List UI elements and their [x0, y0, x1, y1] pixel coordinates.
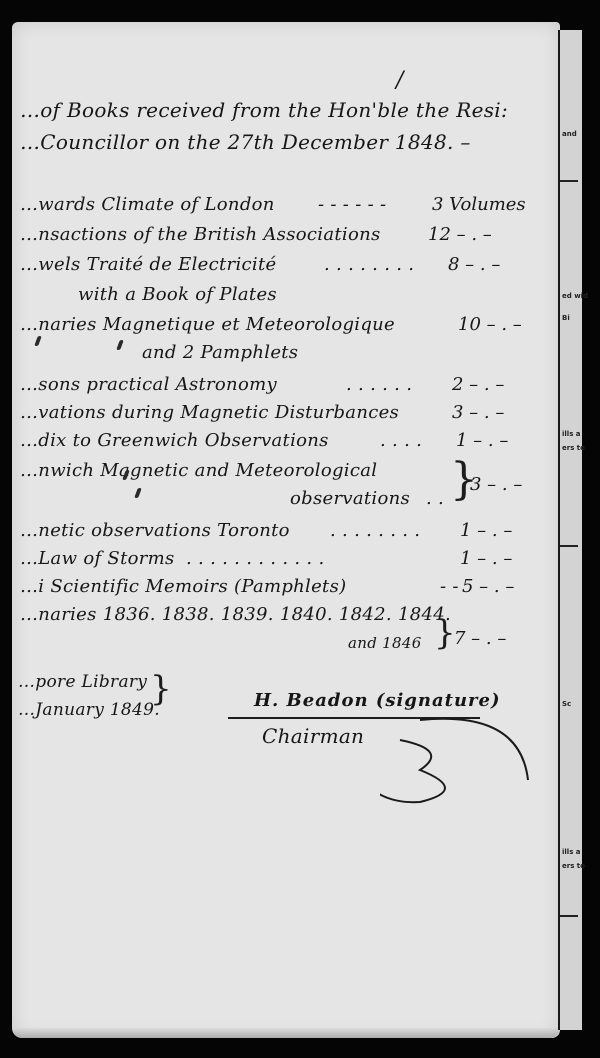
item-title: …i Scientific Memoirs (Pamphlets): [20, 576, 346, 597]
edge-rule: [560, 545, 578, 547]
footer-date: …January 1849.: [18, 700, 160, 720]
edge-fragment: ills a: [562, 430, 581, 438]
heading-line-1: …of Books received from the Hon'ble the …: [20, 98, 508, 122]
edge-fragment: ers to: [562, 862, 585, 870]
item-leader: . . . . . . . .: [330, 520, 420, 541]
item-quantity: 5 – . –: [462, 576, 514, 597]
footer-brace: }: [150, 672, 172, 706]
item-quantity: 2 – . –: [452, 374, 504, 395]
item-leader: . . . . . . . . . . . .: [186, 548, 325, 569]
item-quantity: 1 – . –: [460, 548, 512, 569]
item-title: …dix to Greenwich Observations: [20, 430, 329, 451]
edge-fragment: Bi: [562, 314, 570, 322]
item-quantity: 1 – . –: [460, 520, 512, 541]
item-title: …nwich Magnetic and Meteorological: [20, 460, 377, 481]
heading-line-2: …Councillor on the 27th December 1848. –: [20, 130, 471, 154]
item-subtitle: observations: [290, 488, 410, 509]
item-title: …naries Magnetique et Meteorologique: [20, 314, 395, 335]
edge-fragment: Sc: [562, 700, 571, 708]
grouping-brace: }: [434, 616, 456, 650]
item-leader: - - - - - -: [318, 194, 386, 215]
item-title: …vations during Magnetic Disturbances: [20, 402, 399, 423]
item-subtitle: with a Book of Plates: [78, 284, 277, 305]
item-leader: . . . . . .: [346, 374, 412, 395]
item-quantity: 7 – . –: [454, 628, 506, 649]
footer-library: …pore Library: [18, 672, 147, 692]
signature-flourish: [380, 700, 540, 810]
item-quantity: 3 – . –: [452, 402, 504, 423]
adjacent-page-edge: and ed wid Bi ills a ers to Sc ills a er…: [558, 30, 582, 1030]
item-leader: . .: [426, 488, 444, 509]
item-title: …nsactions of the British Associations: [20, 224, 381, 245]
edge-fragment: ed wid: [562, 292, 588, 300]
item-title: …sons practical Astronomy: [20, 374, 277, 395]
item-subtitle: and 2 Pamphlets: [142, 342, 298, 363]
item-quantity: 1 – . –: [456, 430, 508, 451]
item-subtitle: and 1846: [348, 634, 422, 652]
edge-fragment: ers to: [562, 444, 585, 452]
item-quantity: 12 – . –: [428, 224, 492, 245]
edge-rule: [560, 915, 578, 917]
item-quantity: 3 – . –: [470, 474, 522, 495]
item-leader: - -: [440, 576, 459, 597]
edge-fragment: and: [562, 130, 577, 138]
signature-title: Chairman: [262, 724, 364, 748]
item-title: …wels Traité de Electricité: [20, 254, 276, 275]
item-leader: . . . .: [380, 430, 422, 451]
item-title: …netic observations Toronto: [20, 520, 290, 541]
item-quantity: 3 Volumes: [432, 194, 526, 215]
stray-ink-mark: /: [396, 68, 404, 93]
edge-rule: [560, 180, 578, 182]
item-title: …naries 1836. 1838. 1839. 1840. 1842. 18…: [20, 604, 451, 625]
edge-fragment: ills a: [562, 848, 581, 856]
item-title: …Law of Storms: [20, 548, 175, 569]
item-quantity: 10 – . –: [458, 314, 522, 335]
item-leader: . . . . . . . .: [324, 254, 414, 275]
item-quantity: 8 – . –: [448, 254, 500, 275]
item-title: …wards Climate of London: [20, 194, 275, 215]
